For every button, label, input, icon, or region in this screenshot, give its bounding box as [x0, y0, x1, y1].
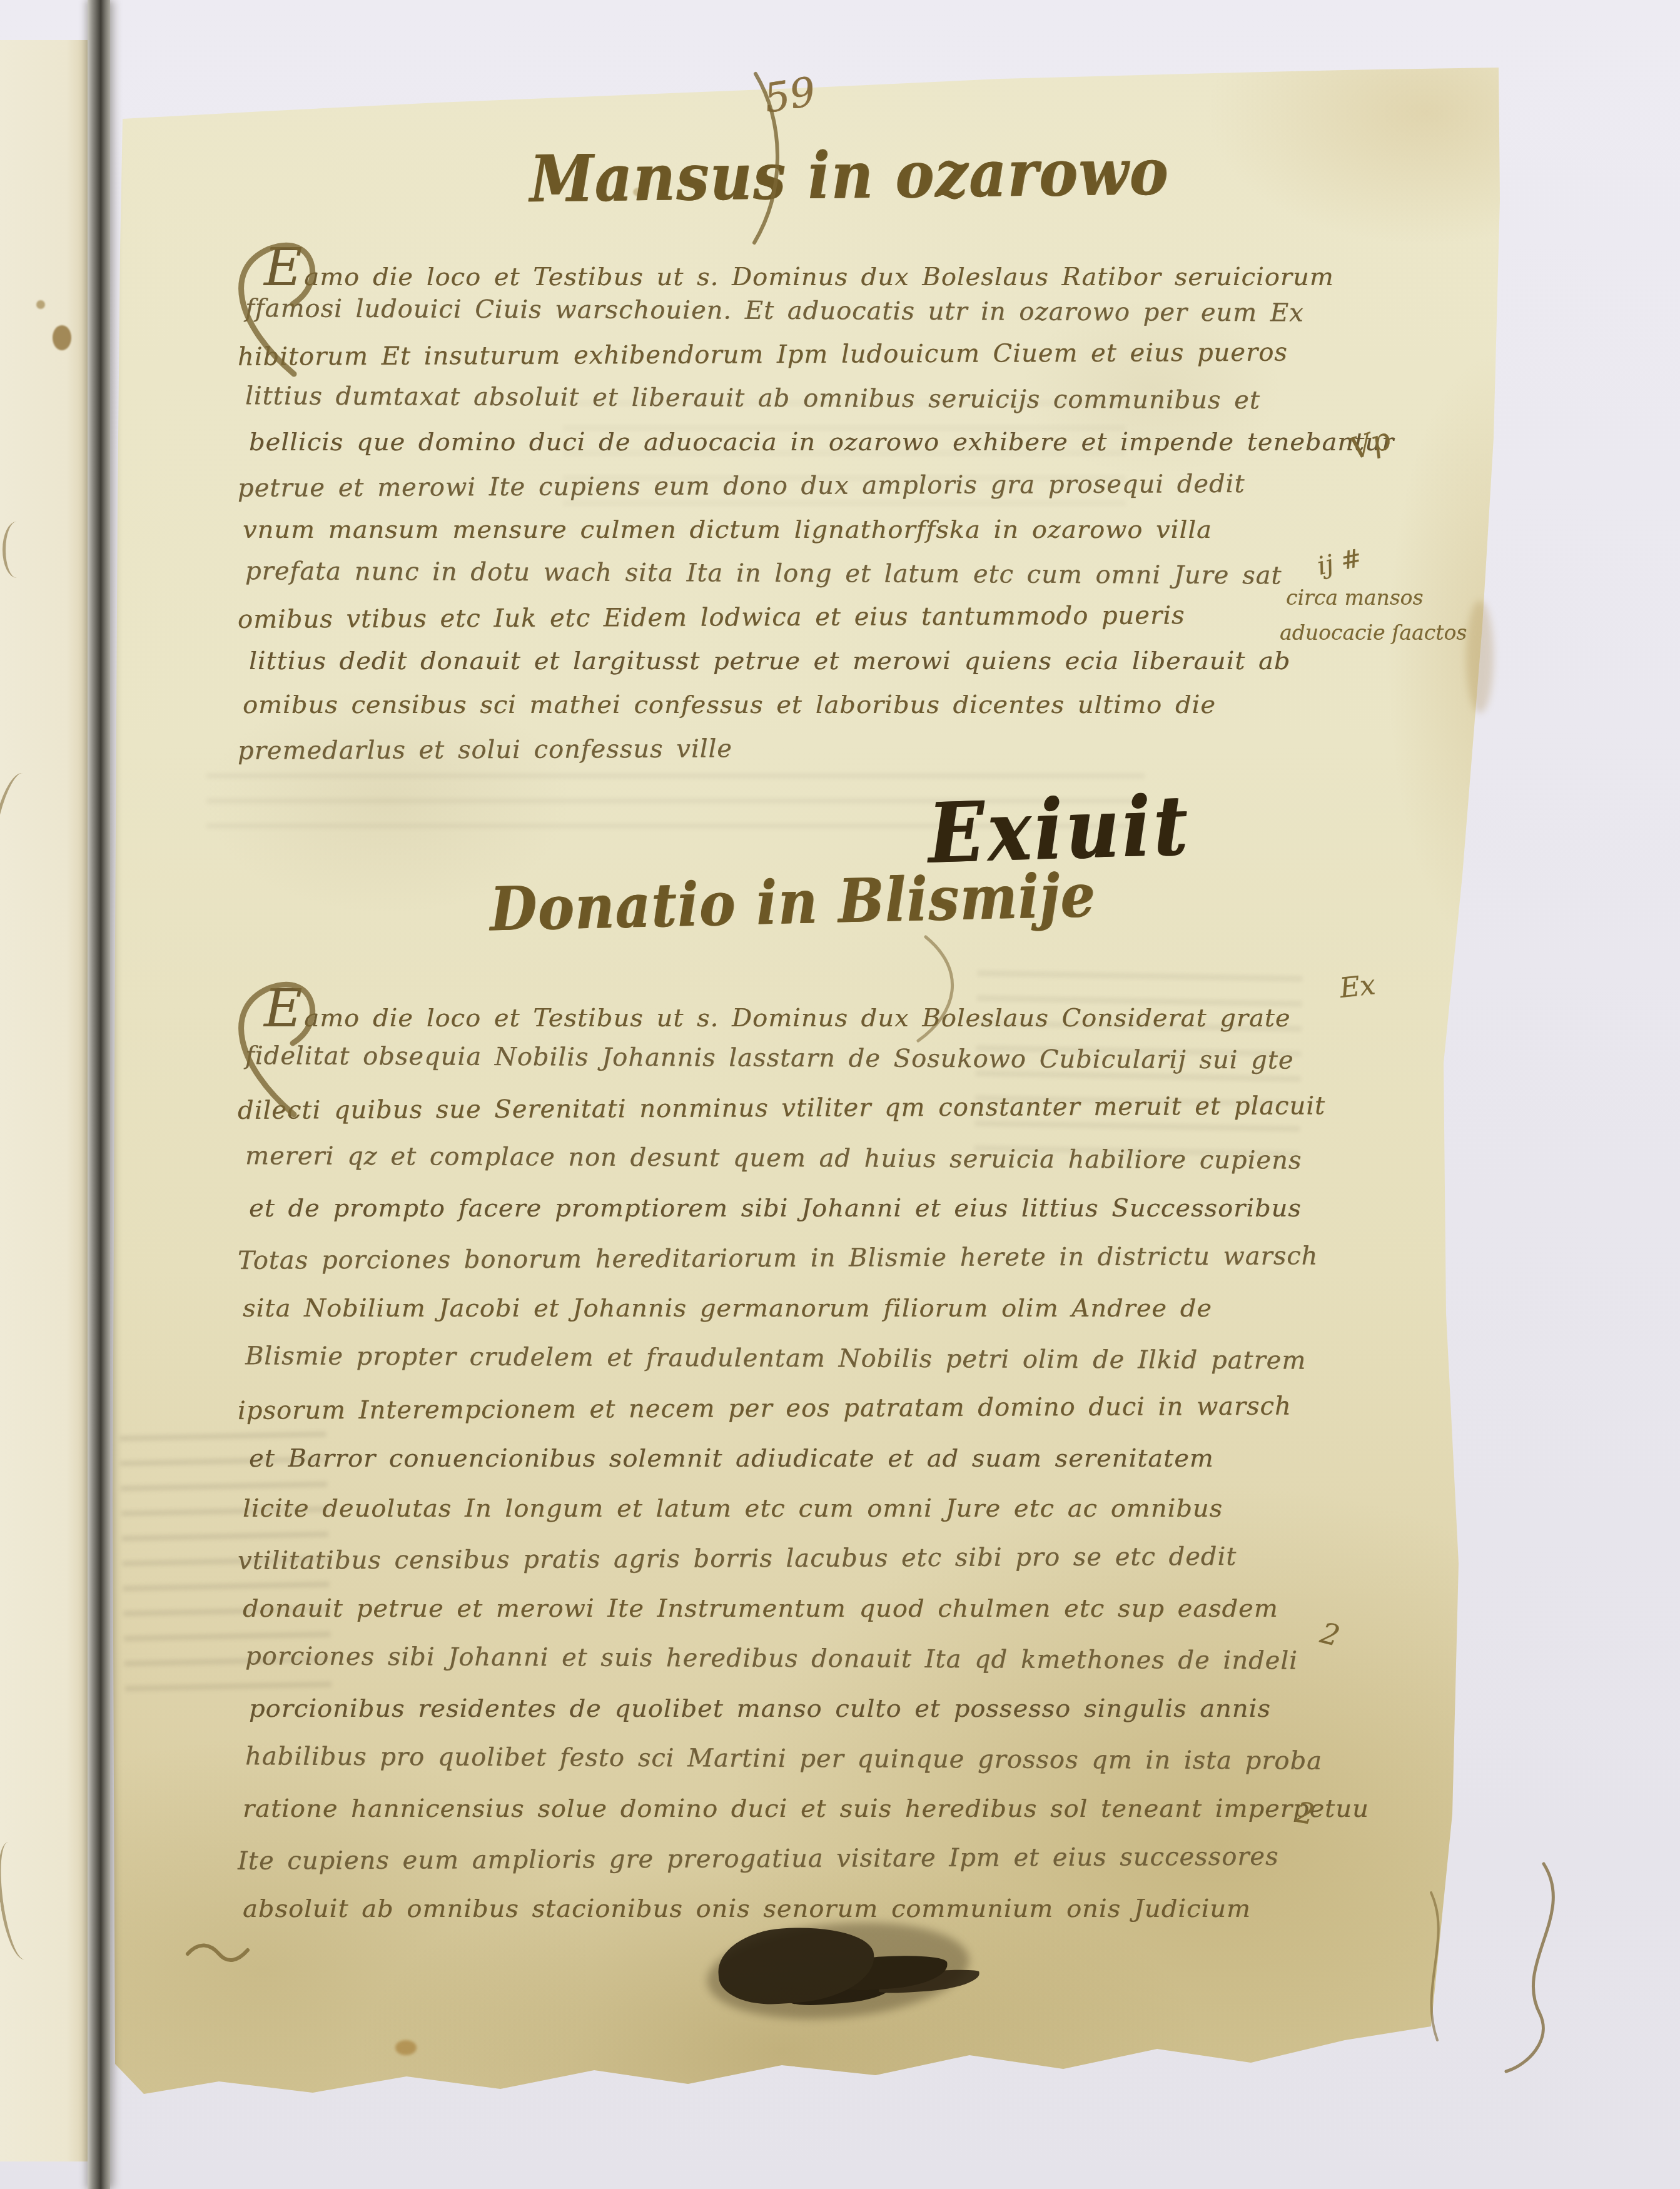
margin-mark-ex: Ex [1338, 969, 1377, 1004]
manuscript-line: Eamo die loco et Testibus ut s. Dominus … [243, 983, 1331, 1033]
manuscript-line: omibus censibus sci mathei confessus et … [243, 683, 1331, 727]
manuscript-line: omibus vtibus etc Iuk etc Eidem lodwica … [238, 593, 1326, 642]
manuscript-line: sita Nobilium Jacobi et Johannis germano… [243, 1283, 1331, 1333]
bleed-ink-mark [0, 1839, 41, 1962]
charter-text-block-1: Eamo die loco et Testibus ut s. Dominus … [243, 245, 1331, 771]
manuscript-line: absoluit ab omnibus stacionibus onis sen… [243, 1884, 1331, 1934]
manuscript-scan: 59 Mansus in ozarowo Eamo die loco et Te… [0, 0, 1680, 2189]
stain-spot [395, 2040, 417, 2055]
manuscript-line: licite deuolutas In longum et latum etc … [243, 1484, 1331, 1534]
bleed-ink-mark [0, 769, 38, 867]
manuscript-line: habilibus pro quolibet festo sci Martini… [245, 1731, 1333, 1786]
manuscript-line: hibitorum Et insuturum exhibendorum Ipm … [238, 330, 1326, 379]
manuscript-line: vnum mansum mensure culmen dictum lignat… [243, 508, 1331, 552]
bleed-ink-mark [3, 522, 31, 578]
manuscript-line: petrue et merowi Ite cupiens eum dono du… [238, 462, 1326, 510]
manuscript-line: premedarlus et solui confessus ville [238, 724, 1326, 773]
manuscript-line: ratione hannicensius solue domino duci e… [243, 1784, 1331, 1834]
manuscript-line: mereri qz et complace non desunt quem ad… [245, 1131, 1333, 1186]
manuscript-line: vtilitatibus censibus pratis agris borri… [238, 1531, 1326, 1586]
metal-rod [88, 0, 110, 2189]
manuscript-line: dilecti quibus sue Serenitati nonminus v… [238, 1081, 1326, 1136]
manuscript-line: fidelitat obsequia Nobilis Johannis lass… [245, 1031, 1333, 1086]
manuscript-line: et Barror conuencionibus solemnit adiudi… [249, 1433, 1337, 1484]
manuscript-line: bellicis que domino duci de aduocacia in… [249, 420, 1337, 464]
margin-note-line: circa mansos [1286, 585, 1423, 610]
manuscript-line: porciones sibi Johanni et suis heredibus… [245, 1631, 1333, 1686]
manuscript-line: littius dedit donauit et largitusst petr… [249, 639, 1337, 683]
manuscript-line: et de prompto facere promptiorem sibi Jo… [249, 1183, 1337, 1233]
charter-text-block-2: Eamo die loco et Testibus ut s. Dominus … [243, 983, 1331, 1934]
manuscript-line: Ite cupiens eum amplioris gre prerogatiu… [238, 1831, 1326, 1886]
stain-spot [53, 325, 71, 350]
folio-number: 59 [761, 69, 819, 123]
manuscript-line: Blismie propter crudelem et fraudulentam… [245, 1331, 1333, 1386]
manuscript-line: Eamo die loco et Testibus ut s. Dominus … [243, 245, 1331, 289]
manuscript-line: ffamosi ludouici Ciuis warschouien. Et a… [245, 286, 1333, 335]
manuscript-line: Totas porciones bonorum hereditariorum i… [238, 1231, 1326, 1286]
manuscript-line: littius dumtaxat absoluit et liberauit a… [245, 374, 1333, 423]
stain-spot [36, 300, 45, 309]
manuscript-line: prefata nunc in dotu wach sita Ita in lo… [245, 549, 1333, 598]
margin-note-line: aduocacie ſaactos [1280, 620, 1467, 645]
manuscript-line: porcionibus residentes de quolibet manso… [249, 1684, 1337, 1734]
previous-page-edge [0, 40, 95, 2161]
edge-stain [1466, 600, 1494, 713]
manuscript-line: ipsorum Interempcionem et necem per eos … [238, 1381, 1326, 1436]
manuscript-line: donauit petrue et merowi Ite Instrumentu… [243, 1584, 1331, 1634]
section-heading-mansus: Mansus in ozarowo [529, 134, 1169, 217]
section-heading-donatio: Donatio in Blismije [489, 860, 1096, 945]
